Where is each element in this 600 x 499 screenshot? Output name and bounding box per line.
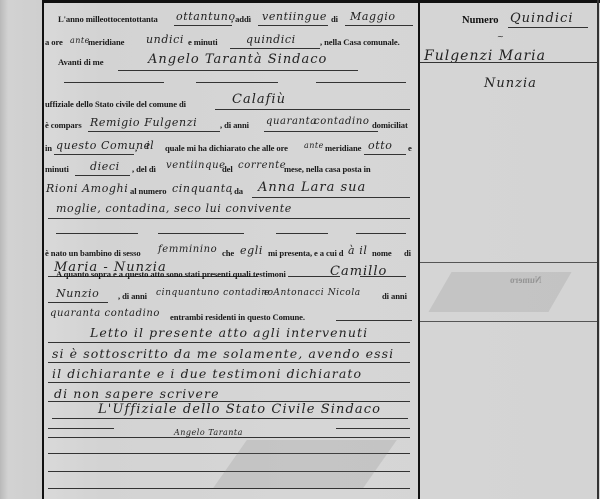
- handwritten-house-number: cinquanta: [172, 182, 233, 195]
- form-rule: [56, 233, 138, 234]
- printed-text: del: [222, 164, 233, 174]
- right-frame-rule: [597, 0, 599, 499]
- margin-rule-1: [420, 262, 597, 263]
- form-rule: [48, 488, 410, 489]
- handwritten-officer-name: Angelo Tarantà Sindaco: [148, 52, 327, 67]
- handwritten-corrente: corrente: [238, 160, 286, 171]
- handwritten-mother: Anna Lara sua: [258, 180, 366, 195]
- printed-text: di: [331, 14, 338, 24]
- field-underline: [215, 109, 410, 110]
- field-underline: [174, 25, 232, 26]
- printed-text: nome: [372, 248, 392, 258]
- printed-text: , addì: [231, 14, 251, 24]
- field-underline: [54, 154, 134, 155]
- field-underline: [264, 131, 378, 132]
- ink-bleed: [213, 440, 397, 488]
- handwritten-birth-hour: otto: [368, 139, 393, 152]
- handwritten-day: ventiingue: [262, 10, 327, 23]
- handwritten-year: ottantuno: [176, 10, 236, 23]
- printed-text: a ore: [45, 37, 63, 47]
- handwritten-il: il: [146, 139, 154, 152]
- handwritten-closing-2: si è sottoscritto da me solamente, avend…: [52, 346, 394, 361]
- field-underline: [48, 218, 410, 219]
- printed-text: domiciliat: [372, 120, 408, 130]
- form-rule: [52, 418, 408, 419]
- field-underline: [345, 25, 413, 26]
- printed-text: , nella Casa comunale.: [320, 37, 400, 47]
- printed-text: quale mi ha dichiarato che alle ore: [165, 143, 288, 153]
- field-underline: [230, 48, 320, 49]
- printed-text: in: [45, 143, 52, 153]
- printed-text: mese, nella casa posta in: [284, 164, 371, 174]
- printed-text: è nato un bambino di sesso: [45, 248, 141, 258]
- handwritten-birth-day: ventiinque: [166, 160, 226, 171]
- printed-text: è compars: [45, 120, 82, 130]
- handwritten-witness1-details: cinquantuno contadino: [156, 288, 274, 298]
- printed-text: Avanti di me: [58, 57, 103, 67]
- form-rule: [48, 437, 410, 438]
- handwritten-birth-minutes: dieci: [90, 160, 120, 173]
- field-underline: [48, 302, 108, 303]
- printed-text: ,: [135, 143, 137, 153]
- printed-text: che: [222, 248, 234, 258]
- form-rule: [48, 428, 114, 429]
- printed-text: di anni: [382, 291, 407, 301]
- handwritten-da: à il: [348, 244, 368, 257]
- handwritten-ante: ante: [70, 36, 90, 45]
- handwritten-witness2: e Antonacci Nicola: [264, 288, 361, 298]
- numero-label: Numero: [462, 15, 499, 26]
- numero-underline: [508, 27, 588, 28]
- field-underline: [75, 175, 130, 176]
- printed-text: mi presenta, e a cui d: [268, 248, 343, 258]
- handwritten-sex: femminino: [158, 244, 217, 255]
- margin-bleed: [428, 272, 571, 312]
- form-rule: [336, 428, 410, 429]
- handwritten-witness2-details: quaranta contadino: [50, 308, 160, 319]
- handwritten-comune: Calafiù: [232, 92, 286, 107]
- form-rule: [316, 82, 406, 83]
- form-rule: [48, 342, 410, 343]
- handwritten-closing-3: il dichiarante e i due testimoni dichiar…: [52, 366, 362, 381]
- form-rule: [336, 320, 412, 321]
- registry-page: Numero Quindici ~ Fulgenzi Maria Nunzia …: [0, 0, 600, 499]
- printed-text: e minuti: [188, 37, 218, 47]
- printed-text: al numero: [130, 186, 166, 196]
- handwritten-declarant-name: Remigio Fulgenzi: [90, 116, 197, 129]
- column-divider-rule: [418, 0, 420, 499]
- form-rule: [356, 233, 406, 234]
- numero-mark: ~: [497, 32, 504, 41]
- form-rule: [158, 233, 244, 234]
- handwritten-witness1: Camillo: [330, 264, 387, 279]
- handwritten-closing-1: Letto il presente atto agli intervenuti: [90, 325, 368, 340]
- numero-value: Quindici: [510, 11, 573, 26]
- printed-text: , del dì: [132, 164, 156, 174]
- page-left-margin: [0, 0, 42, 499]
- handwritten-declarant-job: contadino: [314, 116, 370, 127]
- handwritten-declarant-age: quaranta: [266, 116, 317, 127]
- printed-text: di: [404, 248, 411, 258]
- field-underline: [364, 154, 406, 155]
- printed-text: uffiziale dello Stato civile del comune …: [45, 99, 186, 109]
- handwritten-month: Maggio: [350, 10, 396, 23]
- handwritten-minutes: quindici: [246, 33, 296, 46]
- form-rule: [196, 82, 278, 83]
- form-rule: [48, 362, 410, 363]
- form-rule: [276, 233, 328, 234]
- left-frame-rule: [42, 0, 44, 499]
- field-underline: [118, 70, 358, 71]
- printed-text: , di anni: [118, 291, 147, 301]
- printed-text: , da: [230, 186, 243, 196]
- margin-rule-2: [420, 321, 597, 322]
- printed-text: e: [408, 143, 412, 153]
- handwritten-signature-name: Angelo Taranta: [174, 428, 243, 437]
- form-rule: [48, 382, 410, 383]
- printed-text: A quanto sopra e a questo atto sono stat…: [56, 269, 286, 279]
- margin-name-line2: Nunzia: [484, 76, 537, 91]
- field-underline: [252, 197, 410, 198]
- printed-text: minuti: [45, 164, 69, 174]
- handwritten-officer-signature: L'Uffiziale dello Stato Civile Sindaco: [98, 402, 381, 417]
- field-underline: [258, 25, 328, 26]
- handwritten-street: Rioni Amoghi: [46, 182, 128, 195]
- margin-name-rule: [420, 62, 597, 63]
- printed-text: meridiane: [325, 143, 361, 153]
- printed-text: , di anni: [220, 120, 249, 130]
- top-border: [42, 0, 600, 3]
- field-underline: [88, 131, 220, 132]
- handwritten-witness1-surname: Nunzio: [56, 287, 99, 300]
- handwritten-closing-4: di non sapere scrivere: [54, 386, 220, 401]
- handwritten-egli: egli: [240, 244, 263, 257]
- handwritten-hour: undici: [146, 33, 184, 46]
- printed-text: entrambi residenti in questo Comune.: [170, 312, 305, 322]
- form-rule: [64, 82, 164, 83]
- printed-text: L'anno milleottocentottanta: [58, 14, 158, 24]
- handwritten-ante-2: ante: [304, 141, 324, 150]
- printed-text: meridiane: [88, 37, 124, 47]
- handwritten-mother-details: moglie, contadina, seco lui convivente: [56, 202, 292, 215]
